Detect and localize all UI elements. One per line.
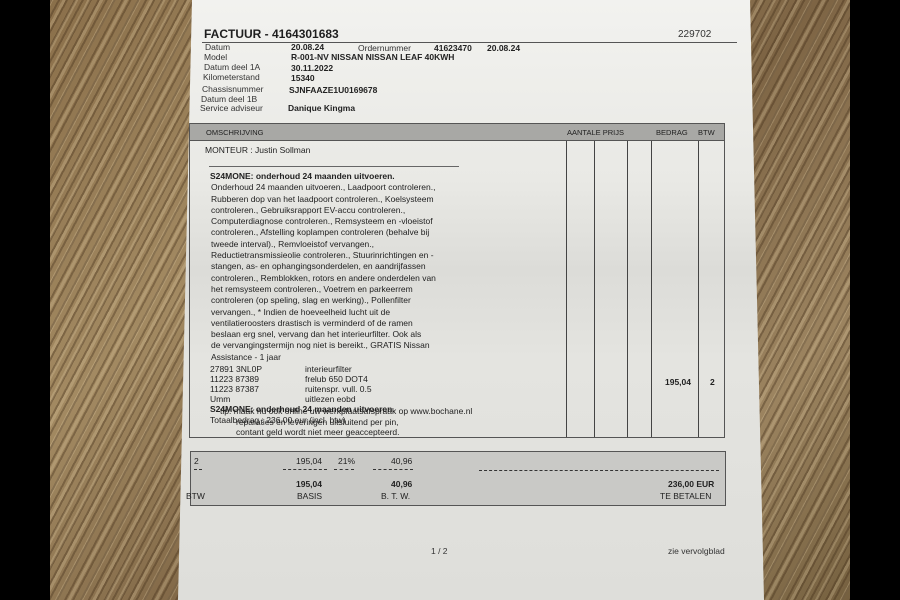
column-divider [566,141,567,437]
basis-total: 195,04 [296,479,322,489]
description-line: Computerdiagnose controleren., Remsystee… [211,216,436,227]
header-description: OMSCHRIJVING [206,128,264,137]
description-line: stangen, as- en ophangingsonderdelen, en… [211,261,436,272]
part-row: 11223 87389frelub 650 DOT4 [210,374,436,384]
tip-line: contant geld wordt niet meer geaccepteer… [220,427,472,438]
column-divider [651,141,652,437]
header-amount: BEDRAG [656,128,688,137]
vat-total: 40,96 [391,479,412,489]
grand-total: 236,00 EUR [668,479,714,489]
column-divider [594,141,595,437]
table-header: OMSCHRIJVING AANTALE PRIJS BEDRAG BTW [190,124,724,141]
line-items-table: OMSCHRIJVING AANTALE PRIJS BEDRAG BTW MO… [189,123,725,438]
field-label-chassisnummer: Chassisnummer [202,84,263,94]
vat-rate: 21% [338,456,355,466]
order-date-value: 20.08.24 [487,43,520,53]
tip-line: tip: maak nu ook online uw werkplaatsafs… [220,406,472,417]
invoice-paper: FACTUUR - 4164301683 229702 Datum 20.08.… [178,0,764,600]
description-line: tweede interval)., Remvloeistof vervange… [211,239,436,250]
page-number: 1 / 2 [431,546,448,556]
vat-code: 2 [194,456,199,466]
invoice-title: FACTUUR - 4164301683 [204,27,339,41]
reference-number: 229702 [678,29,711,40]
job-description-lines: Onderhoud 24 maanden uitvoeren., Laadpoo… [210,182,436,363]
field-value-service-adviseur: Danique Kingma [288,103,355,113]
description-line: controleren., Gebruiksrapport EV-accu co… [211,205,436,216]
description-line: Onderhoud 24 maanden uitvoeren., Laadpoo… [211,182,436,193]
dashed-rule [194,469,202,470]
description-line: vervangen., * Indien de hoeveelheid luch… [211,307,436,318]
mechanic-name: MONTEUR : Justin Sollman [205,145,310,155]
basis-amount: 195,04 [296,456,322,466]
dashed-rule [479,470,719,471]
description-line: de vervangingstermijn nog niet is bereik… [211,340,436,351]
job-amount: 195,04 [665,377,691,387]
description-line: controleren., Afstelling koplampen contr… [211,227,436,238]
field-label-datum-deel-1a: Datum deel 1A [204,62,260,72]
label-basis: BASIS [297,491,322,501]
field-label-kilometerstand: Kilometerstand [203,72,260,82]
label-to-pay: TE BETALEN [660,491,711,501]
dashed-rule [334,469,354,470]
description-line: Rubberen dop van het laadpoort controler… [211,194,436,205]
field-value-datum-deel-1a: 30.11.2022 [291,63,333,73]
tip-line: reparaties en leveringen uitsluitend per… [220,417,472,428]
label-btw: BTW [186,491,205,501]
description-line: beslaan erg snel, vervang dan het interi… [211,329,436,340]
vat-amount: 40,96 [391,456,412,466]
part-row: 27891 3NL0Pinterieurfilter [210,364,436,374]
column-divider [627,141,628,437]
part-row: Ummuitlezen eobd [210,394,436,404]
description-separator [209,166,459,167]
description-line: Assistance - 1 jaar [211,352,436,363]
field-label-service-adviseur: Service adviseur [200,103,263,113]
field-label-model: Model [204,52,227,62]
description-line: ventilatieroosters drastisch is verminde… [211,318,436,329]
job-title: S24MONE: onderhoud 24 maanden uitvoeren. [210,171,436,182]
header-quantity-price: AANTALE PRIJS [567,128,624,137]
field-value-chassisnummer: SJNFAAZE1U0169678 [289,85,377,95]
job-vat-code: 2 [710,377,715,387]
description-line: Reductietransmissieolie controleren., St… [211,250,436,261]
continued-note: zie vervolgblad [668,546,725,556]
parts-list: 27891 3NL0Pinterieurfilter11223 87389fre… [210,364,436,404]
part-name: uitlezen eobd [305,394,356,405]
field-value-model: R-001-NV NISSAN NISSAN LEAF 40KWH [291,52,454,62]
totals-summary: 2 195,04 21% 40,96 195,04 40,96 236,00 E… [190,451,726,506]
field-value-kilometerstand: 15340 [291,73,315,83]
description-line: controleren., Remblokken, rotors en ande… [211,273,436,284]
field-value-datum: 20.08.24 [291,42,324,52]
label-btw-amount: B. T. W. [381,491,410,501]
column-divider [698,141,699,437]
part-code: Umm [210,394,230,405]
job-description: S24MONE: onderhoud 24 maanden uitvoeren.… [210,171,436,427]
dashed-rule [283,469,327,470]
dashed-rule [373,469,413,470]
description-line: het remsysteem controleren., Voetrem en … [211,284,436,295]
tip-text: tip: maak nu ook online uw werkplaatsafs… [220,406,472,438]
description-line: controleren (op speling, slag en werking… [211,295,436,306]
field-label-datum: Datum [205,42,230,52]
part-row: 11223 87387ruitenspr. vull. 0.5 [210,384,436,394]
header-vat: BTW [698,128,715,137]
